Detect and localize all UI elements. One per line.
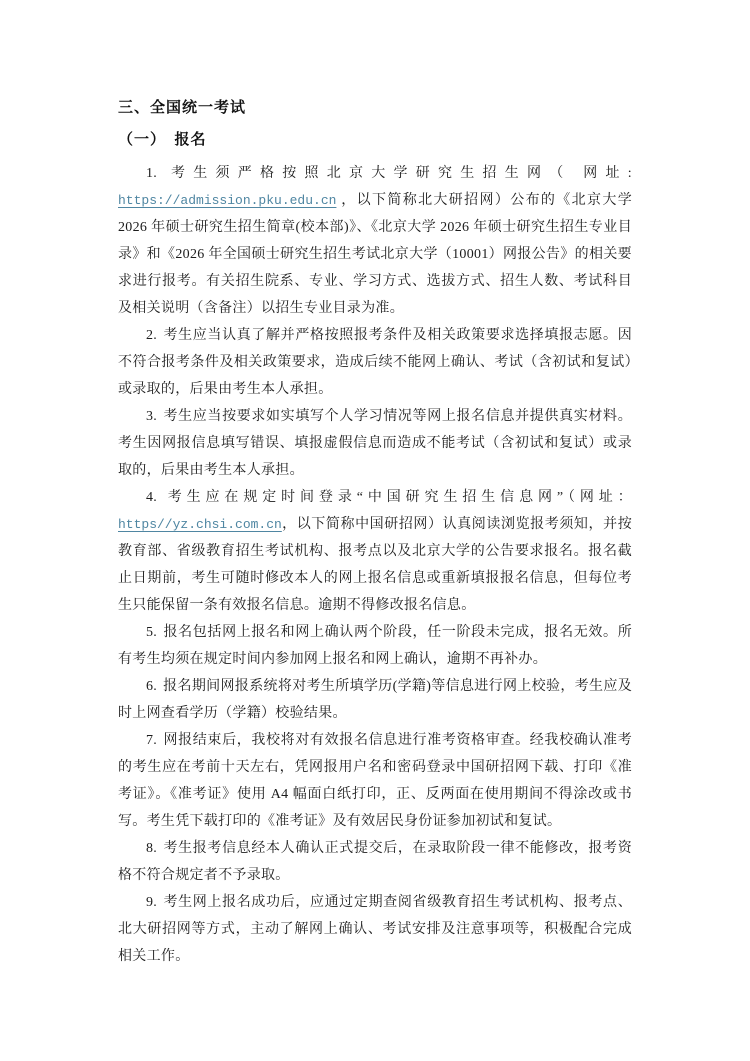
text-run: 考生应当按要求如实填写个人学习情况等网上报名信息并提供真实材料。考生因网报信息填… [118, 409, 632, 478]
paragraph-number: 3. [146, 409, 163, 424]
paragraph: 1.考生须严格按照北京大学研究生招生网（ 网址: https://admissi… [118, 160, 632, 322]
text-run: 报名期间网报系统将对考生所填学历(学籍)等信息进行网上校验，考生应及时上网查看学… [118, 679, 632, 721]
paragraph-number: 7. [146, 733, 163, 748]
section-heading: 三、全国统一考试 [118, 99, 632, 117]
paragraph: 7.网报结束后，我校将对有效报名信息进行准考资格审查。经我校确认准考的考生应在考… [118, 727, 632, 835]
paragraph-number: 8. [146, 841, 163, 856]
external-link[interactable]: https//yz.chsi.com.cn [118, 517, 282, 532]
paragraph: 3.考生应当按要求如实填写个人学习情况等网上报名信息并提供真实材料。考生因网报信… [118, 403, 632, 484]
text-run: ，以下简称北大研招网）公布的《北京大学 2026 年硕士研究生招生简章(校本部)… [118, 193, 632, 316]
text-run: 考生报考信息经本人确认正式提交后，在录取阶段一律不能修改，报考资格不符合规定者不… [118, 841, 632, 883]
paragraph: 9.考生网上报名成功后，应通过定期查阅省级教育招生考试机构、报考点、北大研招网等… [118, 889, 632, 970]
document-page: 三、全国统一考试 （一） 报名 1.考生须严格按照北京大学研究生招生网（ 网址:… [0, 0, 750, 1061]
paragraph-number: 4. [146, 490, 163, 505]
paragraph: 4.考生应在规定时间登录“中国研究生招生信息网”（网址：https//yz.ch… [118, 484, 632, 619]
document-body: 1.考生须严格按照北京大学研究生招生网（ 网址: https://admissi… [118, 160, 632, 970]
text-run: 考生网上报名成功后，应通过定期查阅省级教育招生考试机构、报考点、北大研招网等方式… [118, 895, 632, 964]
paragraph-number: 9. [146, 895, 163, 910]
text-run: 考生须严格按照北京大学研究生招生网（ 网址: [163, 166, 632, 181]
paragraph: 5.报名包括网上报名和网上确认两个阶段，任一阶段未完成，报名无效。所有考生均须在… [118, 619, 632, 673]
paragraph-number: 2. [146, 328, 163, 343]
text-run: 网报结束后，我校将对有效报名信息进行准考资格审查。经我校确认准考的考生应在考前十… [118, 733, 632, 829]
text-run: 考生应在规定时间登录“中国研究生招生信息网”（网址： [163, 490, 632, 505]
external-link[interactable]: https://admission.pku.edu.cn [118, 193, 336, 208]
paragraph-number: 1. [146, 166, 163, 181]
paragraph-number: 6. [146, 679, 163, 694]
text-run: 报名包括网上报名和网上确认两个阶段，任一阶段未完成，报名无效。所有考生均须在规定… [118, 625, 632, 667]
paragraph: 6.报名期间网报系统将对考生所填学历(学籍)等信息进行网上校验，考生应及时上网查… [118, 673, 632, 727]
subsection-heading: （一） 报名 [118, 131, 632, 149]
paragraph-number: 5. [146, 625, 163, 640]
text-run: 考生应当认真了解并严格按照报考条件及相关政策要求选择填报志愿。因不符合报考条件及… [118, 328, 632, 397]
paragraph: 2.考生应当认真了解并严格按照报考条件及相关政策要求选择填报志愿。因不符合报考条… [118, 322, 632, 403]
paragraph: 8.考生报考信息经本人确认正式提交后，在录取阶段一律不能修改，报考资格不符合规定… [118, 835, 632, 889]
